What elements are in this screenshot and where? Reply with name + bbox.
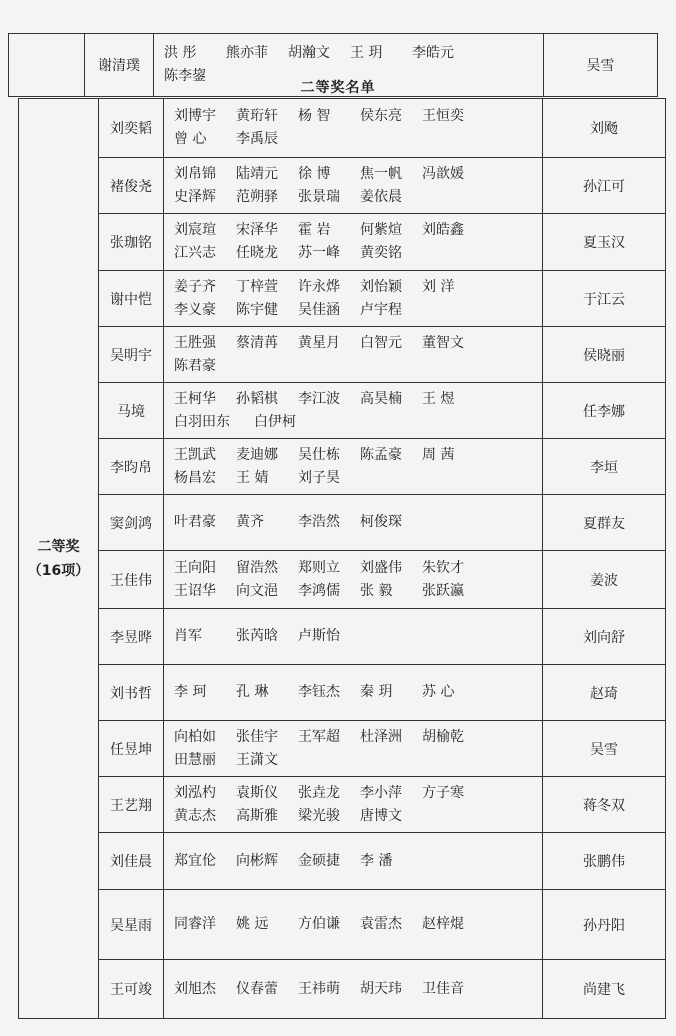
advisor-cell: 张鹏伟	[543, 833, 666, 890]
member-name: 郑宜伦	[174, 850, 236, 873]
member-name: 刘宸瑄	[174, 219, 236, 242]
member-name: 李 珂	[174, 681, 236, 704]
member-name: 陈君豪	[174, 355, 236, 378]
member-name: 杜泽洲	[360, 726, 422, 749]
member-name: 史泽辉	[174, 186, 236, 209]
members-cell: 王凯武麦迪娜吴仕栋陈孟豪周 茜杨昌宏王 婧刘子昊	[164, 439, 543, 495]
member-name: 郑则立	[298, 557, 360, 580]
advisor-cell: 夏玉汉	[543, 214, 666, 271]
table-row: 张珈铭刘宸瑄宋泽华霍 岩何紫煊刘皓鑫江兴志任晓龙苏一峰黄奕铭夏玉汉	[19, 214, 666, 271]
advisor-cell: 刘飏	[543, 99, 666, 158]
table-row: 二等奖（16项）刘奕韬刘博宇黄珩轩杨 智侯东亮王恒奕曾 心李禹辰刘飏	[19, 99, 666, 158]
member-name: 丁梓萱	[236, 276, 298, 299]
member-name: 李禹辰	[236, 128, 298, 151]
advisor-cell: 任李娜	[543, 383, 666, 439]
leader-cell: 王可竣	[99, 960, 164, 1019]
member-name: 李钰杰	[298, 681, 360, 704]
member-name: 胡瀚文	[288, 42, 350, 65]
leader-cell: 吴星雨	[99, 890, 164, 960]
member-name: 柯俊琛	[360, 511, 422, 534]
member-name: 许永烨	[298, 276, 360, 299]
member-name: 黄奕铭	[360, 242, 422, 265]
members-cell: 王胜强蔡清苒黄星月白智元董智文陈君豪	[164, 327, 543, 383]
member-name: 黄珩轩	[236, 105, 298, 128]
members-list: 姜子齐丁梓萱许永烨刘怡颖刘 洋李义豪陈宇健吴佳涵卢宇程	[174, 276, 544, 322]
member-name: 王凯武	[174, 444, 236, 467]
member-name: 董智文	[422, 332, 484, 355]
category-count: （16项）	[19, 559, 98, 583]
member-name: 孔 琳	[236, 681, 298, 704]
member-name: 蔡清苒	[236, 332, 298, 355]
members-list: 王向阳留浩然郑则立刘盛伟朱钦才王诏华向文浥李鸿儒张 毅张跃瀛	[174, 557, 544, 603]
members-cell: 姜子齐丁梓萱许永烨刘怡颖刘 洋李义豪陈宇健吴佳涵卢宇程	[164, 271, 543, 327]
table-row: 窦剑鸿叶君豪黄齐李浩然柯俊琛夏群友	[19, 495, 666, 551]
members-list: 王凯武麦迪娜吴仕栋陈孟豪周 茜杨昌宏王 婧刘子昊	[174, 444, 544, 490]
member-name: 杨 智	[298, 105, 360, 128]
member-name: 陈孟豪	[360, 444, 422, 467]
members-cell: 刘博宇黄珩轩杨 智侯东亮王恒奕曾 心李禹辰	[164, 99, 543, 158]
members-list: 同睿洋姚 远方伯谦袁雷杰赵梓焜	[174, 913, 544, 936]
member-name: 姜依晨	[360, 186, 422, 209]
member-name: 孙韬棋	[236, 388, 298, 411]
leader-cell: 刘奕韬	[99, 99, 164, 158]
members-list: 王胜强蔡清苒黄星月白智元董智文陈君豪	[174, 332, 544, 378]
member-name: 王潇文	[236, 749, 298, 772]
leader-cell: 李昱晔	[99, 609, 164, 665]
members-list: 刘博宇黄珩轩杨 智侯东亮王恒奕曾 心李禹辰	[174, 105, 544, 151]
member-name: 张芮晗	[236, 625, 298, 648]
member-name: 张跃瀛	[422, 580, 484, 603]
member-name: 洪 彤	[164, 42, 226, 65]
members-list: 刘宸瑄宋泽华霍 岩何紫煊刘皓鑫江兴志任晓龙苏一峰黄奕铭	[174, 219, 544, 265]
member-name: 吴佳涵	[298, 299, 360, 322]
member-name: 胡天玮	[360, 978, 422, 1001]
table-row: 吴明宇王胜强蔡清苒黄星月白智元董智文陈君豪侯晓丽	[19, 327, 666, 383]
member-name: 梁光骏	[298, 805, 360, 828]
member-name: 黄齐	[236, 511, 298, 534]
member-name: 王恒奕	[422, 105, 484, 128]
advisor-cell: 侯晓丽	[543, 327, 666, 383]
member-name: 向柏如	[174, 726, 236, 749]
member-name: 袁雷杰	[360, 913, 422, 936]
member-name: 卫佳音	[422, 978, 484, 1001]
members-list: 刘旭杰仪春蕾王祎萌胡天玮卫佳音	[174, 978, 544, 1001]
table-row: 吴星雨同睿洋姚 远方伯谦袁雷杰赵梓焜孙丹阳	[19, 890, 666, 960]
leader-cell: 谢中恺	[99, 271, 164, 327]
member-name: 宋泽华	[236, 219, 298, 242]
member-name: 徐 博	[298, 163, 360, 186]
member-name: 高昊楠	[360, 388, 422, 411]
member-name: 范朔驿	[236, 186, 298, 209]
table-row: 王佳伟王向阳留浩然郑则立刘盛伟朱钦才王诏华向文浥李鸿儒张 毅张跃瀛姜波	[19, 551, 666, 609]
advisor-cell: 夏群友	[543, 495, 666, 551]
member-name: 李小萍	[360, 782, 422, 805]
member-name: 秦 玥	[360, 681, 422, 704]
member-name: 张佳宇	[236, 726, 298, 749]
member-name: 刘盛伟	[360, 557, 422, 580]
advisor-cell: 于江云	[543, 271, 666, 327]
members-cell: 刘宸瑄宋泽华霍 岩何紫煊刘皓鑫江兴志任晓龙苏一峰黄奕铭	[164, 214, 543, 271]
member-name: 李皓元	[412, 42, 474, 65]
members-list: 刘帛锦陆靖元徐 博焦一帆冯歆媛史泽辉范朔驿张景瑞姜依晨	[174, 163, 544, 209]
member-name: 黄星月	[298, 332, 360, 355]
member-name: 李 潘	[360, 850, 422, 873]
members-cell: 王柯华孙韬棋李江波高昊楠王 煜白羽田东白伊柯	[164, 383, 543, 439]
member-name: 唐博文	[360, 805, 422, 828]
member-name: 卢斯怡	[298, 625, 360, 648]
member-name: 张景瑞	[298, 186, 360, 209]
second-prize-table: 二等奖（16项）刘奕韬刘博宇黄珩轩杨 智侯东亮王恒奕曾 心李禹辰刘飏褚俊尧刘帛锦…	[18, 98, 666, 1019]
members-cell: 刘泓杓袁斯仪张垚龙李小萍方子寒黄志杰高斯雅梁光骏唐博文	[164, 777, 543, 833]
category-cell: 二等奖（16项）	[19, 99, 99, 1019]
advisor-cell: 赵琦	[543, 665, 666, 721]
member-name: 吴仕栋	[298, 444, 360, 467]
members-list: 肖军张芮晗卢斯怡	[174, 625, 544, 648]
table-row: 李昀帛王凯武麦迪娜吴仕栋陈孟豪周 茜杨昌宏王 婧刘子昊李垣	[19, 439, 666, 495]
member-name: 方子寒	[422, 782, 484, 805]
member-name: 田慧丽	[174, 749, 236, 772]
table-row: 刘书哲李 珂孔 琳李钰杰秦 玥苏 心赵琦	[19, 665, 666, 721]
member-name: 刘子昊	[298, 467, 360, 490]
advisor-cell: 蒋冬双	[543, 777, 666, 833]
advisor-cell: 孙江可	[543, 158, 666, 214]
members-list: 王柯华孙韬棋李江波高昊楠王 煜白羽田东白伊柯	[174, 388, 544, 434]
member-name: 苏 心	[422, 681, 484, 704]
member-name: 赵梓焜	[422, 913, 484, 936]
leader-cell: 吴明宇	[99, 327, 164, 383]
member-name: 白羽田东	[174, 411, 254, 434]
member-name: 陆靖元	[236, 163, 298, 186]
members-cell: 同睿洋姚 远方伯谦袁雷杰赵梓焜	[164, 890, 543, 960]
member-name: 白智元	[360, 332, 422, 355]
leader-cell: 褚俊尧	[99, 158, 164, 214]
section-title: 二等奖名单	[0, 77, 676, 97]
member-name: 王诏华	[174, 580, 236, 603]
member-name: 陈宇健	[236, 299, 298, 322]
member-name: 黄志杰	[174, 805, 236, 828]
member-name: 向文浥	[236, 580, 298, 603]
member-name: 麦迪娜	[236, 444, 298, 467]
member-name: 刘泓杓	[174, 782, 236, 805]
member-name: 王 玥	[350, 42, 412, 65]
member-name: 金硕捷	[298, 850, 360, 873]
members-cell: 刘旭杰仪春蕾王祎萌胡天玮卫佳音	[164, 960, 543, 1019]
member-name: 何紫煊	[360, 219, 422, 242]
member-name: 同睿洋	[174, 913, 236, 936]
member-name: 侯东亮	[360, 105, 422, 128]
leader-cell: 刘书哲	[99, 665, 164, 721]
member-name: 张垚龙	[298, 782, 360, 805]
table-row: 李昱晔肖军张芮晗卢斯怡刘向舒	[19, 609, 666, 665]
table-row: 王可竣刘旭杰仪春蕾王祎萌胡天玮卫佳音尚建飞	[19, 960, 666, 1019]
member-name: 刘怡颖	[360, 276, 422, 299]
table-row: 刘佳晨郑宜伦向彬辉金硕捷李 潘张鹏伟	[19, 833, 666, 890]
members-cell: 李 珂孔 琳李钰杰秦 玥苏 心	[164, 665, 543, 721]
member-name: 任晓龙	[236, 242, 298, 265]
member-name: 冯歆媛	[422, 163, 484, 186]
category-label: 二等奖	[19, 535, 98, 559]
members-cell: 郑宜伦向彬辉金硕捷李 潘	[164, 833, 543, 890]
member-name: 刘 洋	[422, 276, 484, 299]
member-name: 王 婧	[236, 467, 298, 490]
member-name: 王胜强	[174, 332, 236, 355]
leader-cell: 李昀帛	[99, 439, 164, 495]
member-name: 张 毅	[360, 580, 422, 603]
member-name: 王向阳	[174, 557, 236, 580]
table-row: 褚俊尧刘帛锦陆靖元徐 博焦一帆冯歆媛史泽辉范朔驿张景瑞姜依晨孙江可	[19, 158, 666, 214]
member-name: 李浩然	[298, 511, 360, 534]
members-list: 向柏如张佳宇王军超杜泽洲胡榆乾田慧丽王潇文	[174, 726, 544, 772]
leader-cell: 任昱坤	[99, 721, 164, 777]
member-name: 白伊柯	[254, 411, 316, 434]
member-name: 王祎萌	[298, 978, 360, 1001]
member-name: 周 茜	[422, 444, 484, 467]
table-row: 马境王柯华孙韬棋李江波高昊楠王 煜白羽田东白伊柯任李娜	[19, 383, 666, 439]
table-row: 谢中恺姜子齐丁梓萱许永烨刘怡颖刘 洋李义豪陈宇健吴佳涵卢宇程于江云	[19, 271, 666, 327]
member-name: 李江波	[298, 388, 360, 411]
advisor-cell: 姜波	[543, 551, 666, 609]
members-cell: 刘帛锦陆靖元徐 博焦一帆冯歆媛史泽辉范朔驿张景瑞姜依晨	[164, 158, 543, 214]
leader-cell: 刘佳晨	[99, 833, 164, 890]
member-name: 袁斯仪	[236, 782, 298, 805]
members-list: 郑宜伦向彬辉金硕捷李 潘	[174, 850, 544, 873]
member-name: 江兴志	[174, 242, 236, 265]
member-name: 熊亦菲	[226, 42, 288, 65]
leader-cell: 王佳伟	[99, 551, 164, 609]
member-name: 王柯华	[174, 388, 236, 411]
member-name: 刘帛锦	[174, 163, 236, 186]
members-cell: 肖军张芮晗卢斯怡	[164, 609, 543, 665]
member-name: 向彬辉	[236, 850, 298, 873]
member-name: 卢宇程	[360, 299, 422, 322]
member-name: 刘皓鑫	[422, 219, 484, 242]
member-name: 姚 远	[236, 913, 298, 936]
member-name: 肖军	[174, 625, 236, 648]
member-name: 刘旭杰	[174, 978, 236, 1001]
advisor-cell: 刘向舒	[543, 609, 666, 665]
member-name: 叶君豪	[174, 511, 236, 534]
member-name: 仪春蕾	[236, 978, 298, 1001]
member-name: 李义豪	[174, 299, 236, 322]
member-name: 曾 心	[174, 128, 236, 151]
member-name: 杨昌宏	[174, 467, 236, 490]
table-row: 王艺翔刘泓杓袁斯仪张垚龙李小萍方子寒黄志杰高斯雅梁光骏唐博文蒋冬双	[19, 777, 666, 833]
member-name: 李鸿儒	[298, 580, 360, 603]
member-name: 方伯谦	[298, 913, 360, 936]
member-name: 留浩然	[236, 557, 298, 580]
member-name: 胡榆乾	[422, 726, 484, 749]
leader-cell: 王艺翔	[99, 777, 164, 833]
member-name: 王军超	[298, 726, 360, 749]
member-name: 霍 岩	[298, 219, 360, 242]
member-name: 姜子齐	[174, 276, 236, 299]
advisor-cell: 吴雪	[543, 721, 666, 777]
advisor-cell: 李垣	[543, 439, 666, 495]
member-name: 高斯雅	[236, 805, 298, 828]
members-list: 刘泓杓袁斯仪张垚龙李小萍方子寒黄志杰高斯雅梁光骏唐博文	[174, 782, 544, 828]
leader-cell: 张珈铭	[99, 214, 164, 271]
leader-cell: 马境	[99, 383, 164, 439]
members-list: 叶君豪黄齐李浩然柯俊琛	[174, 511, 544, 534]
member-name: 焦一帆	[360, 163, 422, 186]
table-row: 任昱坤向柏如张佳宇王军超杜泽洲胡榆乾田慧丽王潇文吴雪	[19, 721, 666, 777]
members-list: 李 珂孔 琳李钰杰秦 玥苏 心	[174, 681, 544, 704]
member-name: 王 煜	[422, 388, 484, 411]
member-name: 朱钦才	[422, 557, 484, 580]
members-cell: 叶君豪黄齐李浩然柯俊琛	[164, 495, 543, 551]
leader-cell: 窦剑鸿	[99, 495, 164, 551]
member-name: 苏一峰	[298, 242, 360, 265]
members-cell: 向柏如张佳宇王军超杜泽洲胡榆乾田慧丽王潇文	[164, 721, 543, 777]
members-cell: 王向阳留浩然郑则立刘盛伟朱钦才王诏华向文浥李鸿儒张 毅张跃瀛	[164, 551, 543, 609]
advisor-cell: 尚建飞	[543, 960, 666, 1019]
member-name: 刘博宇	[174, 105, 236, 128]
advisor-cell: 孙丹阳	[543, 890, 666, 960]
